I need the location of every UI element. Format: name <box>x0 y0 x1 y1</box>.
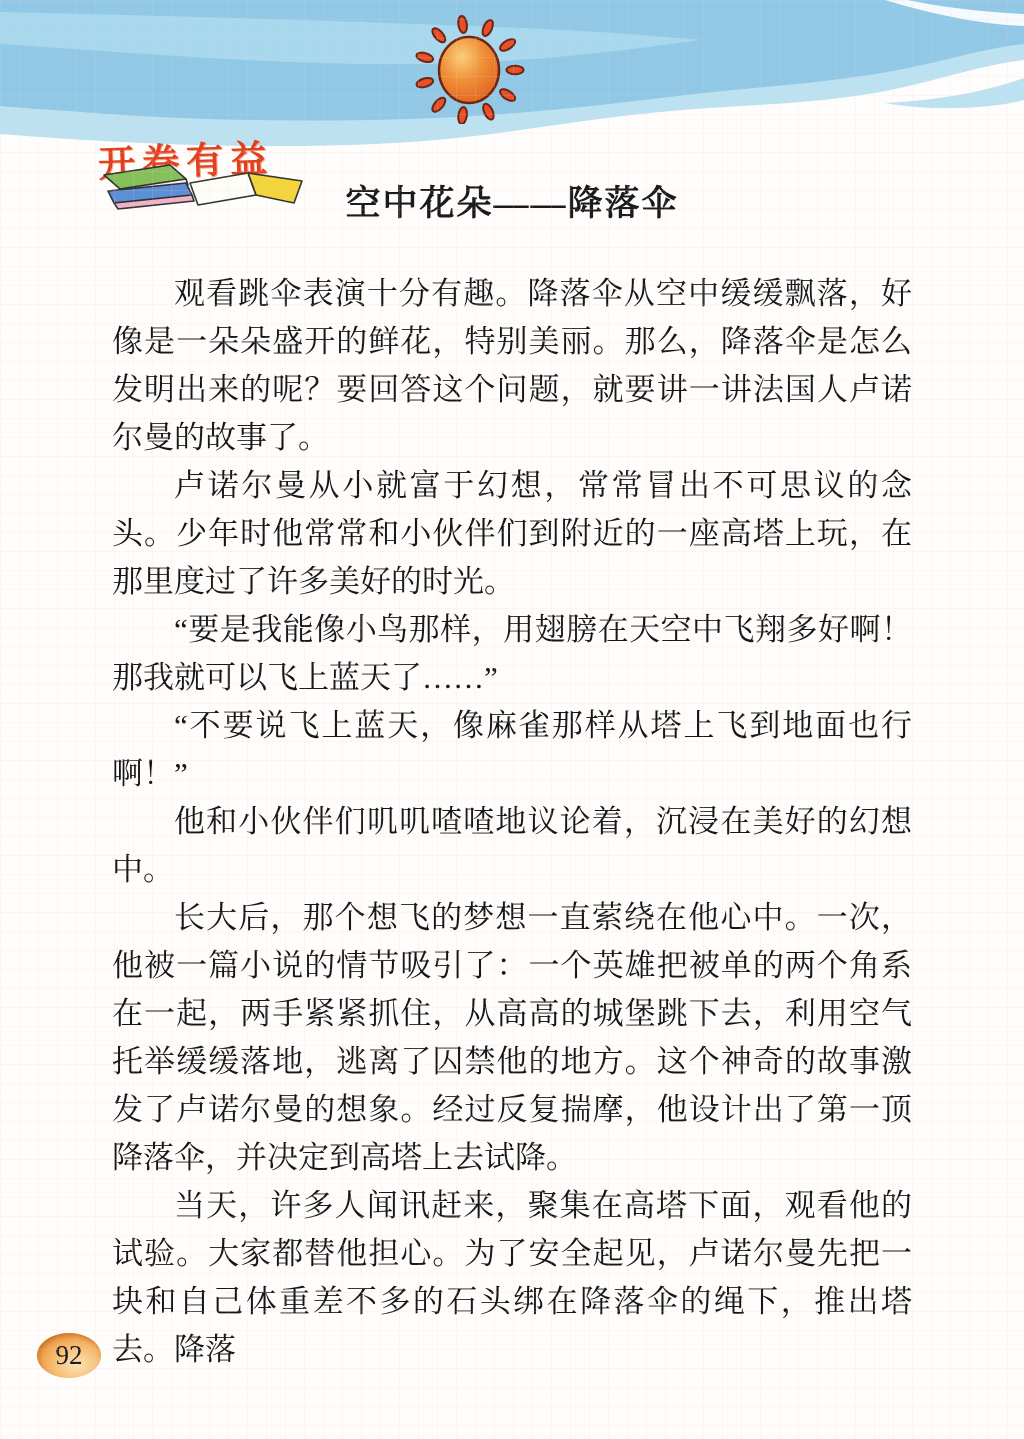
textbook-page: 开卷有益 空中花朵——降落伞 观看跳伞表演十分有趣。降落伞从空中缓缓飘落，好像是… <box>0 0 1024 1439</box>
page-number: 92 <box>56 1340 83 1371</box>
paragraph: 观看跳伞表演十分有趣。降落伞从空中缓缓飘落，好像是一朵朵盛开的鲜花，特别美丽。那… <box>112 270 912 462</box>
paragraph: 他和小伙伴们叽叽喳喳地议论着，沉浸在美好的幻想中。 <box>112 798 912 894</box>
sun-icon <box>413 12 525 124</box>
page-number-badge: 92 <box>37 1333 101 1378</box>
lesson-body: 观看跳伞表演十分有趣。降落伞从空中缓缓飘落，好像是一朵朵盛开的鲜花，特别美丽。那… <box>112 270 912 1374</box>
lesson-title: 空中花朵——降落伞 <box>0 176 1024 226</box>
paragraph: “要是我能像小鸟那样，用翅膀在天空中飞翔多好啊！那我就可以飞上蓝天了……” <box>112 606 912 702</box>
paragraph: “不要说飞上蓝天，像麻雀那样从塔上飞到地面也行啊！” <box>112 702 912 798</box>
paragraph: 长大后，那个想飞的梦想一直萦绕在他心中。一次，他被一篇小说的情节吸引了：一个英雄… <box>112 894 912 1182</box>
paragraph: 卢诺尔曼从小就富于幻想，常常冒出不可思议的念头。少年时他常常和小伙伴们到附近的一… <box>112 462 912 606</box>
paragraph: 当天，许多人闻讯赶来，聚集在高塔下面，观看他的试验。大家都替他担心。为了安全起见… <box>112 1182 912 1374</box>
